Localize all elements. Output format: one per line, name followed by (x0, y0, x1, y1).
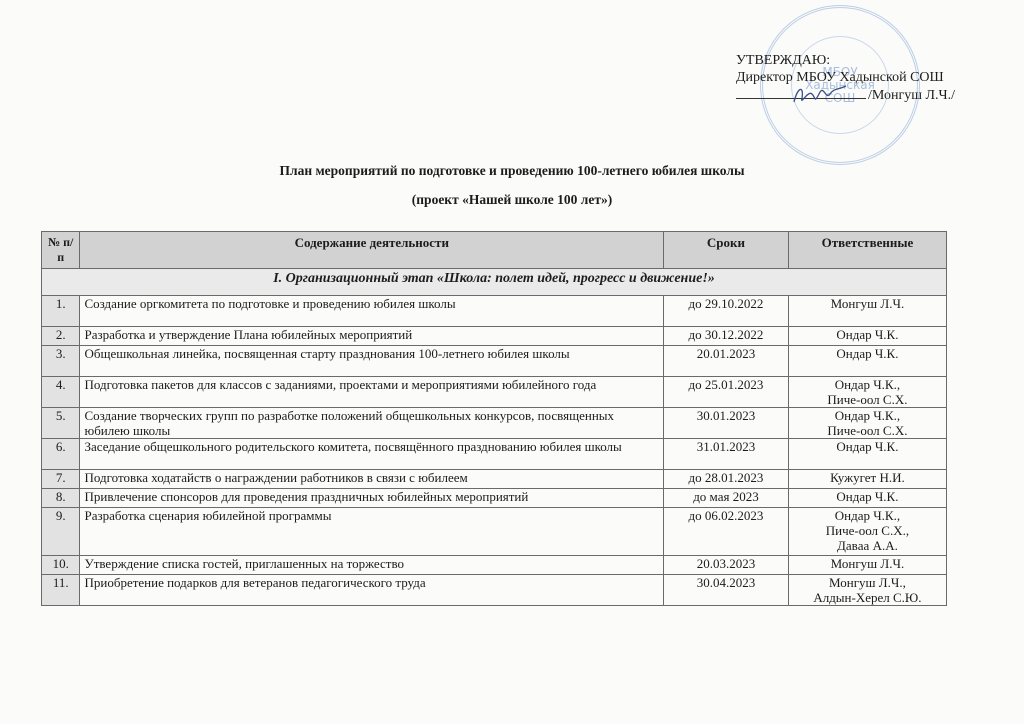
table-row: 4.Подготовка пакетов для классов с задан… (42, 377, 947, 408)
row-date: до 28.01.2023 (664, 470, 789, 489)
table-row: 9.Разработка сценария юбилейной программ… (42, 508, 947, 556)
row-content: Подготовка пакетов для классов с задания… (80, 377, 664, 408)
row-number: 5. (42, 408, 80, 439)
responsible-person: Ондар Ч.К. (793, 346, 942, 361)
row-responsible: Ондар Ч.К. (788, 439, 946, 470)
table-header-row: № п/п Содержание деятельности Сроки Отве… (42, 232, 947, 269)
events-plan-table: № п/п Содержание деятельности Сроки Отве… (41, 231, 947, 606)
row-number: 1. (42, 296, 80, 327)
row-responsible: Монгуш Л.Ч. (788, 296, 946, 327)
header-responsible: Ответственные (788, 232, 946, 269)
approval-heading: УТВЕРЖДАЮ: (736, 52, 955, 69)
responsible-person: Ондар Ч.К., (793, 408, 942, 423)
row-date: 30.01.2023 (664, 408, 789, 439)
row-date: до 29.10.2022 (664, 296, 789, 327)
row-date: до 30.12.2022 (664, 327, 789, 346)
row-content: Утверждение списка гостей, приглашенных … (80, 556, 664, 575)
row-responsible: Монгуш Л.Ч. (788, 556, 946, 575)
table-row: 6.Заседание общешкольного родительского … (42, 439, 947, 470)
row-content: Приобретение подарков для ветеранов педа… (80, 575, 664, 606)
responsible-person: Монгуш Л.Ч. (793, 556, 942, 571)
signature-underline (736, 86, 866, 99)
responsible-person: Пиче-оол С.Х. (793, 423, 942, 438)
row-responsible: Ондар Ч.К. (788, 346, 946, 377)
responsible-person: Пиче-оол С.Х. (793, 392, 942, 407)
document-title: План мероприятий по подготовке и проведе… (0, 163, 1024, 179)
table-row: 11.Приобретение подарков для ветеранов п… (42, 575, 947, 606)
row-number: 6. (42, 439, 80, 470)
responsible-person: Ондар Ч.К., (793, 508, 942, 523)
row-responsible: Ондар Ч.К.,Пиче-оол С.Х. (788, 377, 946, 408)
row-date: 31.01.2023 (664, 439, 789, 470)
row-responsible: Монгуш Л.Ч.,Алдын-Херел С.Ю. (788, 575, 946, 606)
responsible-person: Алдын-Херел С.Ю. (793, 590, 942, 605)
table-row: 5.Создание творческих групп по разработк… (42, 408, 947, 439)
row-number: 9. (42, 508, 80, 556)
responsible-person: Ондар Ч.К. (793, 327, 942, 342)
table-row: 3.Общешкольная линейка, посвященная стар… (42, 346, 947, 377)
table-row: 8.Привлечение спонсоров для проведения п… (42, 489, 947, 508)
approval-block: УТВЕРЖДАЮ: Директор МБОУ Хадынской СОШ /… (736, 52, 955, 104)
approval-name: /Монгуш Л.Ч./ (868, 88, 955, 103)
row-responsible: Ондар Ч.К.,Пиче-оол С.Х.,Давaа А.А. (788, 508, 946, 556)
document-subtitle: (проект «Нашей школе 100 лет») (0, 192, 1024, 208)
responsible-person: Ондар Ч.К. (793, 489, 942, 504)
row-responsible: Ондар Ч.К.,Пиче-оол С.Х. (788, 408, 946, 439)
row-content: Разработка сценария юбилейной программы (80, 508, 664, 556)
row-responsible: Кужугет Н.И. (788, 470, 946, 489)
table-row: 10.Утверждение списка гостей, приглашенн… (42, 556, 947, 575)
header-num: № п/п (42, 232, 80, 269)
row-date: 20.01.2023 (664, 346, 789, 377)
row-responsible: Ондар Ч.К. (788, 489, 946, 508)
row-date: 20.03.2023 (664, 556, 789, 575)
row-content: Создание оргкомитета по подготовке и про… (80, 296, 664, 327)
row-date: 30.04.2023 (664, 575, 789, 606)
responsible-person: Монгуш Л.Ч. (793, 296, 942, 311)
responsible-person: Кужугет Н.И. (793, 470, 942, 485)
header-content: Содержание деятельности (80, 232, 664, 269)
row-number: 4. (42, 377, 80, 408)
row-content: Создание творческих групп по разработке … (80, 408, 664, 439)
responsible-person: Монгуш Л.Ч., (793, 575, 942, 590)
section-title: I. Организационный этап «Школа: полет ид… (42, 269, 947, 296)
section-row: I. Организационный этап «Школа: полет ид… (42, 269, 947, 296)
row-number: 3. (42, 346, 80, 377)
header-date: Сроки (664, 232, 789, 269)
row-content: Общешкольная линейка, посвященная старту… (80, 346, 664, 377)
row-number: 10. (42, 556, 80, 575)
table-row: 7.Подготовка ходатайств о награждении ра… (42, 470, 947, 489)
row-number: 7. (42, 470, 80, 489)
responsible-person: Пиче-оол С.Х., (793, 523, 942, 538)
row-responsible: Ондар Ч.К. (788, 327, 946, 346)
row-number: 11. (42, 575, 80, 606)
row-number: 8. (42, 489, 80, 508)
responsible-person: Ондар Ч.К. (793, 439, 942, 454)
table-row: 1.Создание оргкомитета по подготовке и п… (42, 296, 947, 327)
row-content: Заседание общешкольного родительского ко… (80, 439, 664, 470)
responsible-person: Ондар Ч.К., (793, 377, 942, 392)
row-content: Разработка и утверждение Плана юбилейных… (80, 327, 664, 346)
approval-signature-line: /Монгуш Л.Ч./ (736, 86, 955, 104)
responsible-person: Давaа А.А. (793, 538, 942, 553)
table-row: 2.Разработка и утверждение Плана юбилейн… (42, 327, 947, 346)
row-number: 2. (42, 327, 80, 346)
approval-position: Директор МБОУ Хадынской СОШ (736, 69, 955, 86)
row-content: Подготовка ходатайств о награждении рабо… (80, 470, 664, 489)
row-content: Привлечение спонсоров для проведения пра… (80, 489, 664, 508)
row-date: до мая 2023 (664, 489, 789, 508)
row-date: до 06.02.2023 (664, 508, 789, 556)
row-date: до 25.01.2023 (664, 377, 789, 408)
